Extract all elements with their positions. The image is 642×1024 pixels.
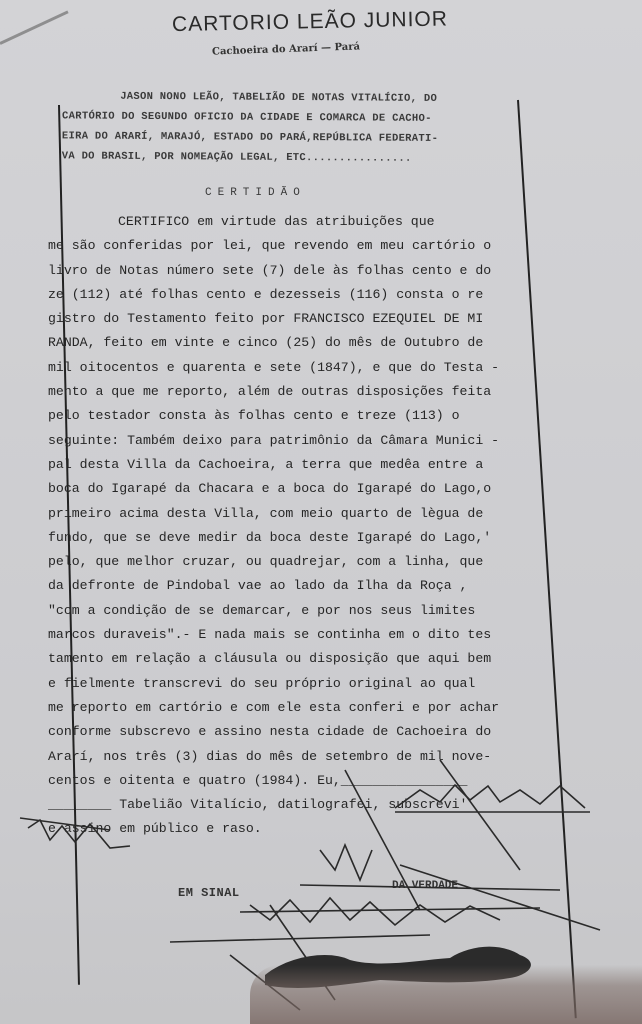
body-line: primeiro acima desta Villa, com meio qua… [48, 502, 548, 526]
body-line: gistro do Testamento feito por FRANCISCO… [48, 307, 548, 331]
body-line: RANDA, feito em vinte e cinco (25) do mê… [48, 331, 548, 355]
body-line: tamento em relação a cláusula ou disposi… [48, 647, 548, 671]
body-line: ________ Tabelião Vitalício, datilografe… [48, 793, 548, 817]
body-line: centos e oitenta e quatro (1984). Eu,___… [48, 769, 548, 793]
body-line: e fielmente transcrevi do seu próprio or… [48, 672, 548, 696]
paper-scratch [0, 10, 69, 44]
body-line: "com a condição de se demarcar, e por no… [48, 599, 548, 623]
body-line: seguinte: Também deixo para patrimônio d… [48, 429, 548, 453]
body-line: boca do Igarapé da Chacara e a boca do I… [48, 477, 548, 501]
em-sinal-label: EM SINAL [178, 886, 240, 900]
body-line: mento a que me reporto, além de outras d… [48, 380, 548, 404]
body-line: livro de Notas número sete (7) dele às f… [48, 259, 548, 283]
body-line: da defronte de Pindobal vae ao lado da I… [48, 574, 548, 598]
verdade-label: DA VERDADE [392, 880, 458, 892]
body-line: mil oitocentos e quarenta e sete (1847),… [48, 356, 548, 380]
body-line: pelo testador consta às folhas cento e t… [48, 404, 548, 428]
body-line: Ararí, nos três (3) dias do mês de setem… [48, 745, 548, 769]
body-line: ze (112) até folhas cento e dezesseis (1… [48, 283, 548, 307]
body-line: marcos duraveis".- E nada mais se contin… [48, 623, 548, 647]
body-line: fundo, que se deve medir da boca deste I… [48, 526, 548, 550]
body-line: CERTIFICO em virtude das atribuições que [48, 210, 548, 234]
body-line: me reporto em cartório e com ele esta co… [48, 696, 548, 720]
photo-shadow [250, 965, 642, 1024]
body-line: pal desta Villa da Cachoeira, a terra qu… [48, 453, 548, 477]
body-line: conforme subscrevo e assino nesta cidade… [48, 720, 548, 744]
body-line: e assino em público e raso. [48, 817, 548, 841]
certificate-heading: CERTIDÃO [205, 187, 306, 199]
body-line: me são conferidas por lei, que revendo e… [48, 234, 548, 258]
notary-introduction: JASON NONO LEÃO, TABELIÃO DE NOTAS VITAL… [62, 86, 533, 169]
intro-line: VA DO BRASIL, POR NOMEAÇÃO LEGAL, ETC...… [62, 146, 532, 169]
document-page: CARTORIO LEÃO JUNIOR Cachoeira do Ararí … [0, 0, 642, 1024]
notary-office-location: Cachoeira do Ararí — Pará [212, 41, 360, 57]
certificate-body: CERTIFICO em virtude das atribuições que… [48, 210, 548, 842]
notary-office-title: CARTORIO LEÃO JUNIOR [172, 7, 472, 37]
body-line: pelo, que melhor cruzar, ou quadrejar, c… [48, 550, 548, 574]
